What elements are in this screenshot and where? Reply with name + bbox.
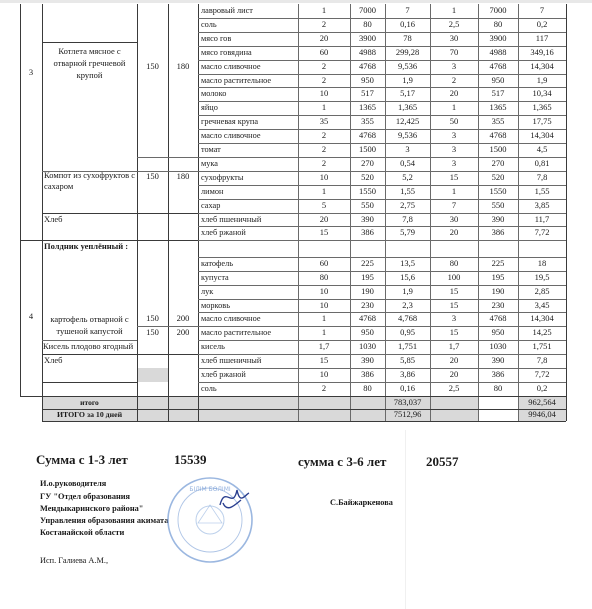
grams-3-6: 30 <box>430 213 478 226</box>
ingredient-name: томат <box>201 143 221 156</box>
total-10-days-label: ИТОГО за 10 дней <box>42 408 137 421</box>
grams-3-6: 1 <box>430 101 478 114</box>
cost-3-6: 7,72 <box>518 226 566 239</box>
price-1-3: 1030 <box>350 340 385 353</box>
dish-output-1-3: 150 <box>137 60 168 73</box>
price-3-6: 386 <box>478 226 518 239</box>
dish-name: Компот из сухофруктов с сахаром <box>44 170 137 192</box>
cost-1-3: 2,75 <box>385 199 430 212</box>
signature-position: И.о.руководителя <box>40 478 106 490</box>
table-rule <box>42 42 137 43</box>
price-1-3: 4768 <box>350 312 385 325</box>
cost-1-3: 0,54 <box>385 157 430 170</box>
signature-org-line: Управления образования акимата <box>40 515 168 527</box>
meal-number: 4 <box>20 310 42 323</box>
grams-1-3: 15 <box>298 354 350 367</box>
price-1-3: 355 <box>350 115 385 128</box>
cost-3-6: 4,5 <box>518 143 566 156</box>
cell-shading <box>137 368 168 382</box>
grams-3-6: 50 <box>430 115 478 128</box>
price-1-3: 520 <box>350 171 385 184</box>
cost-3-6: 1,55 <box>518 185 566 198</box>
ingredient-name: сахар <box>201 199 220 212</box>
grams-3-6: 3 <box>430 312 478 325</box>
grams-1-3: 1 <box>298 326 350 339</box>
grams-3-6: 2 <box>430 74 478 87</box>
grams-1-3: 10 <box>298 299 350 312</box>
grams-1-3: 2 <box>298 382 350 395</box>
sum-3-6-value: 20557 <box>426 454 459 470</box>
cost-1-3: 5,2 <box>385 171 430 184</box>
scan-top-edge <box>0 0 592 3</box>
cost-1-3: 78 <box>385 32 430 45</box>
price-3-6: 7000 <box>478 4 518 17</box>
grams-3-6: 20 <box>430 354 478 367</box>
grams-3-6: 70 <box>430 46 478 59</box>
cost-3-6: 3,45 <box>518 299 566 312</box>
cost-1-3: 9,536 <box>385 129 430 142</box>
cost-1-3: 5,85 <box>385 354 430 367</box>
signature-org-line: Костанайской области <box>40 527 124 539</box>
price-3-6: 1500 <box>478 143 518 156</box>
price-3-6: 550 <box>478 199 518 212</box>
grams-1-3: 2 <box>298 18 350 31</box>
grams-1-3: 60 <box>298 257 350 270</box>
cost-1-3: 1,9 <box>385 74 430 87</box>
dish-output-3-6: 180 <box>168 170 198 183</box>
section-title: Полдник уеплённый : <box>44 240 128 253</box>
grams-1-3: 2 <box>298 143 350 156</box>
price-1-3: 390 <box>350 213 385 226</box>
grams-1-3: 60 <box>298 46 350 59</box>
price-3-6: 1030 <box>478 340 518 353</box>
grams-1-3: 20 <box>298 32 350 45</box>
grams-1-3: 2 <box>298 129 350 142</box>
table-rule <box>42 382 137 383</box>
cost-1-3: 1,365 <box>385 101 430 114</box>
ingredient-name: катофель <box>201 257 233 270</box>
grams-3-6: 30 <box>430 32 478 45</box>
price-1-3: 390 <box>350 354 385 367</box>
cost-3-6: 7,8 <box>518 171 566 184</box>
price-1-3: 1550 <box>350 185 385 198</box>
cost-3-6: 17,75 <box>518 115 566 128</box>
ingredient-name: сухофрукты <box>201 171 243 184</box>
ingredient-name: лимон <box>201 185 223 198</box>
cost-3-6: 7,8 <box>518 354 566 367</box>
ingredient-name: хлеб пшеничный <box>201 213 261 226</box>
price-3-6: 950 <box>478 326 518 339</box>
cost-3-6: 14,304 <box>518 312 566 325</box>
price-3-6: 225 <box>478 257 518 270</box>
grams-3-6: 2,5 <box>430 18 478 31</box>
grams-1-3: 2 <box>298 157 350 170</box>
price-1-3: 4768 <box>350 60 385 73</box>
grams-1-3: 1,7 <box>298 340 350 353</box>
grams-1-3: 20 <box>298 213 350 226</box>
executor-name: Исп. Галиева А.М., <box>40 555 108 567</box>
price-1-3: 950 <box>350 326 385 339</box>
grams-1-3: 80 <box>298 271 350 284</box>
ingredient-name: масло растительное <box>201 326 271 339</box>
ingredient-name: яйцо <box>201 101 218 114</box>
grams-1-3: 2 <box>298 60 350 73</box>
dish-output-1-3: 150 <box>137 326 168 339</box>
grams-3-6: 20 <box>430 226 478 239</box>
ingredient-name: масло сливочное <box>201 312 261 325</box>
cost-3-6: 7 <box>518 4 566 17</box>
signature-org-line: ГУ "Отдел образования <box>40 491 130 503</box>
grams-3-6: 3 <box>430 129 478 142</box>
grams-3-6: 20 <box>430 87 478 100</box>
ingredient-name: мясо гов <box>201 32 231 45</box>
price-1-3: 190 <box>350 285 385 298</box>
price-1-3: 950 <box>350 74 385 87</box>
cost-3-6: 3,85 <box>518 199 566 212</box>
grams-3-6: 15 <box>430 171 478 184</box>
grams-1-3: 1 <box>298 101 350 114</box>
price-1-3: 517 <box>350 87 385 100</box>
grams-3-6: 1 <box>430 4 478 17</box>
cost-1-3: 5,79 <box>385 226 430 239</box>
cost-3-6: 0,2 <box>518 382 566 395</box>
grams-3-6: 2,5 <box>430 382 478 395</box>
cost-1-3: 1,9 <box>385 285 430 298</box>
cost-1-3: 4,768 <box>385 312 430 325</box>
cost-1-3: 3 <box>385 143 430 156</box>
ingredient-name: масло сливочное <box>201 129 261 142</box>
price-3-6: 355 <box>478 115 518 128</box>
cost-3-6: 117 <box>518 32 566 45</box>
grams-3-6: 3 <box>430 143 478 156</box>
price-3-6: 1550 <box>478 185 518 198</box>
price-3-6: 4768 <box>478 60 518 73</box>
cost-1-3: 0,95 <box>385 326 430 339</box>
total-10-days-cost-3-6: 9946,04 <box>518 408 566 421</box>
grams-1-3: 2 <box>298 74 350 87</box>
dish-name: картофель отварной с тушеной капустой <box>46 313 133 337</box>
dish-output-3-6: 200 <box>168 326 198 339</box>
grams-3-6: 80 <box>430 257 478 270</box>
grams-3-6: 1,7 <box>430 340 478 353</box>
cost-1-3: 0,16 <box>385 18 430 31</box>
price-1-3: 1365 <box>350 101 385 114</box>
ingredient-name: мука <box>201 157 218 170</box>
cost-1-3: 2,3 <box>385 299 430 312</box>
price-3-6: 190 <box>478 285 518 298</box>
table-rule <box>137 157 198 158</box>
cost-3-6: 7,72 <box>518 368 566 381</box>
grams-1-3: 1 <box>298 312 350 325</box>
price-1-3: 230 <box>350 299 385 312</box>
scan-fold-line <box>405 430 406 609</box>
table-rule <box>42 421 566 422</box>
total-10-days-cost-1-3: 7512,96 <box>385 408 430 421</box>
price-1-3: 1500 <box>350 143 385 156</box>
price-3-6: 3900 <box>478 32 518 45</box>
ingredient-name: лавровый лист <box>201 4 253 17</box>
ingredient-name: лук <box>201 285 213 298</box>
price-3-6: 80 <box>478 18 518 31</box>
dish-name: Хлеб <box>44 213 62 226</box>
cost-3-6: 10,34 <box>518 87 566 100</box>
cost-1-3: 7,8 <box>385 213 430 226</box>
ingredient-name: гречневая крупа <box>201 115 258 128</box>
cost-3-6: 1,365 <box>518 101 566 114</box>
grams-1-3: 35 <box>298 115 350 128</box>
signature-org-line: Мендыкаринского района" <box>40 503 143 515</box>
dish-output-1-3: 150 <box>137 312 168 325</box>
cost-1-3: 5,17 <box>385 87 430 100</box>
ingredient-name: хлеб ржаной <box>201 368 246 381</box>
cost-3-6: 0,2 <box>518 18 566 31</box>
cost-3-6: 18 <box>518 257 566 270</box>
grams-3-6: 1 <box>430 185 478 198</box>
price-1-3: 550 <box>350 199 385 212</box>
grams-3-6: 100 <box>430 271 478 284</box>
grams-1-3: 10 <box>298 87 350 100</box>
cost-1-3: 299,28 <box>385 46 430 59</box>
ingredient-name: морковь <box>201 299 230 312</box>
price-1-3: 80 <box>350 382 385 395</box>
grams-1-3: 10 <box>298 171 350 184</box>
price-3-6: 520 <box>478 171 518 184</box>
price-1-3: 386 <box>350 368 385 381</box>
dish-output-3-6: 200 <box>168 312 198 325</box>
meal-number: 3 <box>20 66 42 79</box>
ingredient-name: хлеб ржаной <box>201 226 246 239</box>
price-1-3: 270 <box>350 157 385 170</box>
price-3-6: 1365 <box>478 101 518 114</box>
table-rule <box>42 354 198 355</box>
grams-3-6: 3 <box>430 157 478 170</box>
cost-1-3: 3,86 <box>385 368 430 381</box>
sum-3-6-label: сумма с 3-6 лет <box>298 454 386 470</box>
dish-output-3-6: 180 <box>168 60 198 73</box>
grams-1-3: 10 <box>298 285 350 298</box>
cost-1-3: 9,536 <box>385 60 430 73</box>
grams-3-6: 15 <box>430 299 478 312</box>
price-3-6: 4768 <box>478 312 518 325</box>
price-1-3: 4988 <box>350 46 385 59</box>
cost-1-3: 0,16 <box>385 382 430 395</box>
ingredient-name: масло сливочное <box>201 60 261 73</box>
price-1-3: 80 <box>350 18 385 31</box>
grams-3-6: 7 <box>430 199 478 212</box>
grams-3-6: 15 <box>430 285 478 298</box>
cost-3-6: 2,85 <box>518 285 566 298</box>
table-rule <box>42 213 198 214</box>
ingredient-name: мясо говядина <box>201 46 252 59</box>
grams-1-3: 1 <box>298 4 350 17</box>
price-3-6: 230 <box>478 299 518 312</box>
price-1-3: 7000 <box>350 4 385 17</box>
sum-1-3-label: Сумма с 1-3 лет <box>36 452 128 468</box>
price-3-6: 80 <box>478 382 518 395</box>
cost-3-6: 1,9 <box>518 74 566 87</box>
cost-3-6: 14,304 <box>518 129 566 142</box>
grams-3-6: 15 <box>430 326 478 339</box>
grams-1-3: 15 <box>298 226 350 239</box>
table-left-border <box>20 4 21 396</box>
table-rule <box>198 240 566 241</box>
cost-3-6: 1,751 <box>518 340 566 353</box>
cost-3-6: 14,304 <box>518 60 566 73</box>
price-3-6: 950 <box>478 74 518 87</box>
dish-name: Кисель плодово ягодный <box>43 340 133 353</box>
cost-3-6: 14,25 <box>518 326 566 339</box>
dish-name: Хлеб <box>44 354 62 367</box>
cost-3-6: 11,7 <box>518 213 566 226</box>
grams-3-6: 20 <box>430 368 478 381</box>
cost-1-3: 13,5 <box>385 257 430 270</box>
grams-1-3: 10 <box>298 368 350 381</box>
cost-3-6: 19,5 <box>518 271 566 284</box>
price-1-3: 225 <box>350 257 385 270</box>
price-1-3: 4768 <box>350 129 385 142</box>
sum-1-3-value: 15539 <box>174 452 207 468</box>
price-3-6: 390 <box>478 213 518 226</box>
cost-3-6: 0,81 <box>518 157 566 170</box>
price-3-6: 270 <box>478 157 518 170</box>
cost-1-3: 15,6 <box>385 271 430 284</box>
price-1-3: 3900 <box>350 32 385 45</box>
dish-name: Котлета мясное с отварной гречневой круп… <box>46 45 133 81</box>
price-3-6: 4988 <box>478 46 518 59</box>
ingredient-name: масло растительное <box>201 74 271 87</box>
cost-1-3: 1,55 <box>385 185 430 198</box>
dish-output-1-3: 150 <box>137 170 168 183</box>
price-3-6: 195 <box>478 271 518 284</box>
cost-1-3: 1,751 <box>385 340 430 353</box>
price-1-3: 386 <box>350 226 385 239</box>
cost-3-6: 349,16 <box>518 46 566 59</box>
cost-1-3: 12,425 <box>385 115 430 128</box>
ingredient-name: купуста <box>201 271 229 284</box>
official-stamp-icon: БІЛІМ БӨЛІМІ <box>165 475 255 565</box>
price-1-3: 195 <box>350 271 385 284</box>
signer-name: С.Байжаркенова <box>330 497 393 509</box>
ingredient-name: молоко <box>201 87 226 100</box>
grams-1-3: 1 <box>298 185 350 198</box>
table-rule <box>566 4 567 421</box>
price-3-6: 390 <box>478 354 518 367</box>
ingredient-name: соль <box>201 18 217 31</box>
price-3-6: 386 <box>478 368 518 381</box>
grams-3-6: 3 <box>430 60 478 73</box>
ingredient-name: хлеб пшеничный <box>201 354 261 367</box>
grams-1-3: 5 <box>298 199 350 212</box>
price-3-6: 4768 <box>478 129 518 142</box>
ingredient-name: кисель <box>201 340 225 353</box>
ingredient-name: соль <box>201 382 217 395</box>
cost-1-3: 7 <box>385 4 430 17</box>
svg-text:БІЛІМ БӨЛІМІ: БІЛІМ БӨЛІМІ <box>189 486 231 493</box>
price-3-6: 517 <box>478 87 518 100</box>
